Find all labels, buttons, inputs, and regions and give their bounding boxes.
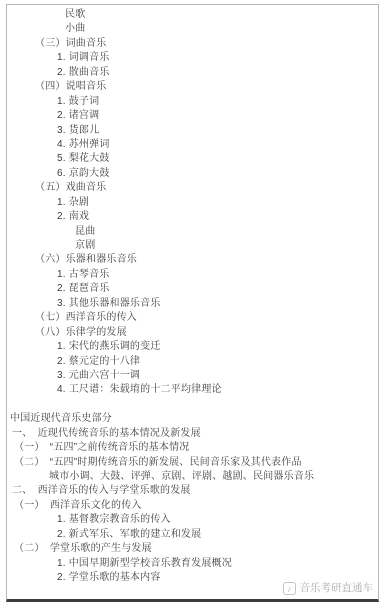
outline-line: 民歌 [7, 8, 378, 22]
outline-line: （三）词曲音乐 [7, 37, 378, 51]
outline-line: 4. 苏州弹词 [7, 138, 378, 152]
outline-line: 1. 宋代的燕乐调的变迁 [7, 340, 378, 354]
outline-line: 小曲 [7, 22, 378, 36]
outline-line: 3. 元曲六宫十一调 [7, 369, 378, 383]
outline-line: 2. 南戏 [7, 210, 378, 224]
outline-line: 中国近现代音乐史部分 [7, 412, 378, 426]
outline-line: 2. 诸宫调 [7, 109, 378, 123]
outline-line: （二） “五四”时期传统音乐的新发展、民间音乐家及其代表作品 [7, 456, 378, 470]
outline-line: 6. 京韵大鼓 [7, 167, 378, 181]
outline-line: （二） 学堂乐歌的产生与发展 [7, 542, 378, 556]
outline-line: 1. 中国早期新型学校音乐教育发展概况 [7, 557, 378, 571]
outline-line: （四）说唱音乐 [7, 80, 378, 94]
blank-line [7, 398, 378, 412]
screenshot-root: { "colors": { "text": "#3e3e3e", "border… [0, 0, 385, 614]
watermark-label: 音乐考研直通车 [300, 581, 374, 595]
outline-line: （七）西洋音乐的传入 [7, 311, 378, 325]
outline-line: 5. 梨花大鼓 [7, 152, 378, 166]
outline-line: 1. 词调音乐 [7, 51, 378, 65]
outline-line: 1. 古琴音乐 [7, 268, 378, 282]
outline-line: 3. 其他乐器和器乐音乐 [7, 297, 378, 311]
outline-line: 3. 货郎儿 [7, 124, 378, 138]
outline-line: （五）戏曲音乐 [7, 181, 378, 195]
outline-line: 2. 散曲音乐 [7, 66, 378, 80]
outline-line: （八）乐律学的发展 [7, 326, 378, 340]
outline-line: 1. 鼓子词 [7, 95, 378, 109]
outline-line: 2. 新式军乐、军歌的建立和发展 [7, 528, 378, 542]
outline-content: 民歌小曲（三）词曲音乐1. 词调音乐2. 散曲音乐（四）说唱音乐1. 鼓子词2.… [7, 8, 378, 599]
watermark: ♪ 音乐考研直通车 [279, 581, 374, 595]
watermark-logo-icon: ♪ [283, 582, 296, 595]
outline-line: 城市小调、大鼓、评弹、京剧、评剧、越剧、民间器乐音乐 [7, 470, 378, 484]
outline-line: （一） 西洋音乐文化的传入 [7, 499, 378, 513]
outline-line: 4. 工尺谱：朱载堉的十二平均律理论 [7, 383, 378, 397]
outline-line: 1. 杂剧 [7, 196, 378, 210]
outline-line: （一） “五四”之前传统音乐的基本情况 [7, 441, 378, 455]
outline-line: 2. 蔡元定的十八律 [7, 355, 378, 369]
document-page: 民歌小曲（三）词曲音乐1. 词调音乐2. 散曲音乐（四）说唱音乐1. 鼓子词2.… [6, 4, 379, 602]
outline-line: 京剧 [7, 239, 378, 253]
outline-line: 二、 西洋音乐的传入与学堂乐歌的发展 [7, 484, 378, 498]
outline-line: 2. 琵琶音乐 [7, 282, 378, 296]
outline-line: （六）乐器和器乐音乐 [7, 253, 378, 267]
outline-line: 昆曲 [7, 225, 378, 239]
outline-line: 一、 近现代传统音乐的基本情况及新发展 [7, 427, 378, 441]
outline-line: 1. 基督教宗教音乐的传入 [7, 513, 378, 527]
